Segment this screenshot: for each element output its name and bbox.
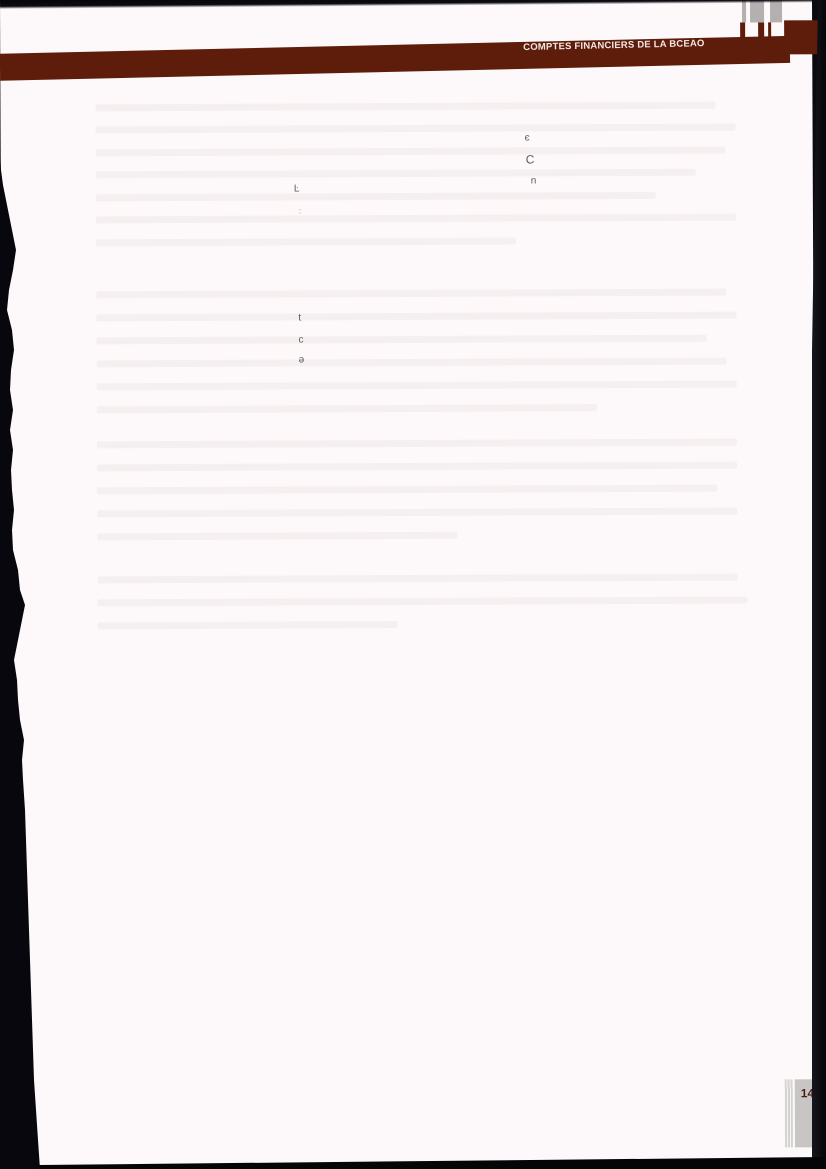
stray-glyph: t — [298, 313, 301, 323]
scanned-page: COMPTES FINANCIERS DE LA BCEAO є C — [0, 0, 817, 1168]
footer-stripe-decoration — [785, 1079, 793, 1147]
stray-glyph: : — [299, 207, 301, 215]
stray-glyph: Ŀ — [294, 184, 300, 194]
torn-left-edge — [0, 0, 50, 1169]
stray-glyph: C — [526, 153, 535, 165]
stray-glyph: ə — [299, 355, 305, 365]
stray-glyph: є — [525, 133, 530, 143]
scanner-right-edge — [812, 0, 826, 1169]
header-stripe-decoration — [738, 0, 788, 57]
stray-glyph: c — [298, 335, 303, 345]
stray-glyph: n — [531, 176, 537, 186]
